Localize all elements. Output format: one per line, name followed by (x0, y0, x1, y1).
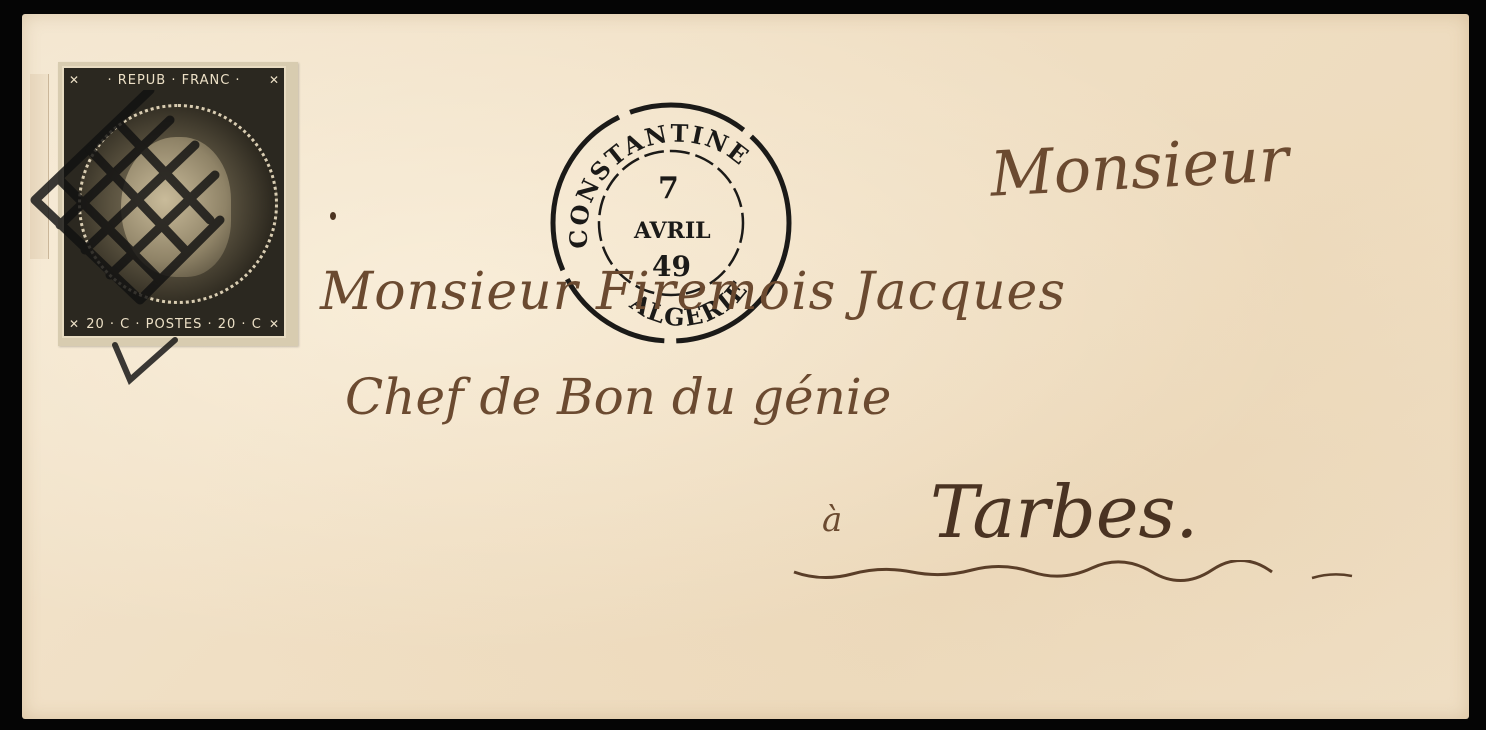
envelope-flap (30, 74, 49, 259)
stamp-medallion (78, 104, 278, 304)
address-title: Chef de Bon du génie (345, 368, 891, 426)
stamp-corner-x-icon: ✕ (66, 316, 82, 332)
address-recipient: Monsieur Firemois Jacques (320, 262, 1066, 322)
stamp-corner-x-icon: ✕ (266, 316, 282, 332)
stamp-bottom-label: 20 · C · POSTES · 20 · C (84, 314, 264, 334)
stamp-corner-x-icon: ✕ (266, 72, 282, 88)
address-prefix: à (822, 500, 842, 540)
ceres-head-portrait (121, 137, 231, 277)
city-underline (792, 560, 1362, 590)
postmark-month: AVRIL (633, 218, 711, 244)
address-salutation: Monsieur (988, 122, 1290, 211)
postmark-day: 7 (658, 171, 679, 206)
address-city: Tarbes. (930, 470, 1198, 554)
stamp-frame: ✕ ✕ ✕ ✕ · REPUB · FRANC · 20 · C · POSTE… (62, 66, 286, 338)
ceres-stamp: ✕ ✕ ✕ ✕ · REPUB · FRANC · 20 · C · POSTE… (58, 62, 298, 346)
stamp-corner-x-icon: ✕ (66, 72, 82, 88)
ink-dot (330, 212, 336, 220)
stamp-top-label: · REPUB · FRANC · (84, 70, 264, 90)
